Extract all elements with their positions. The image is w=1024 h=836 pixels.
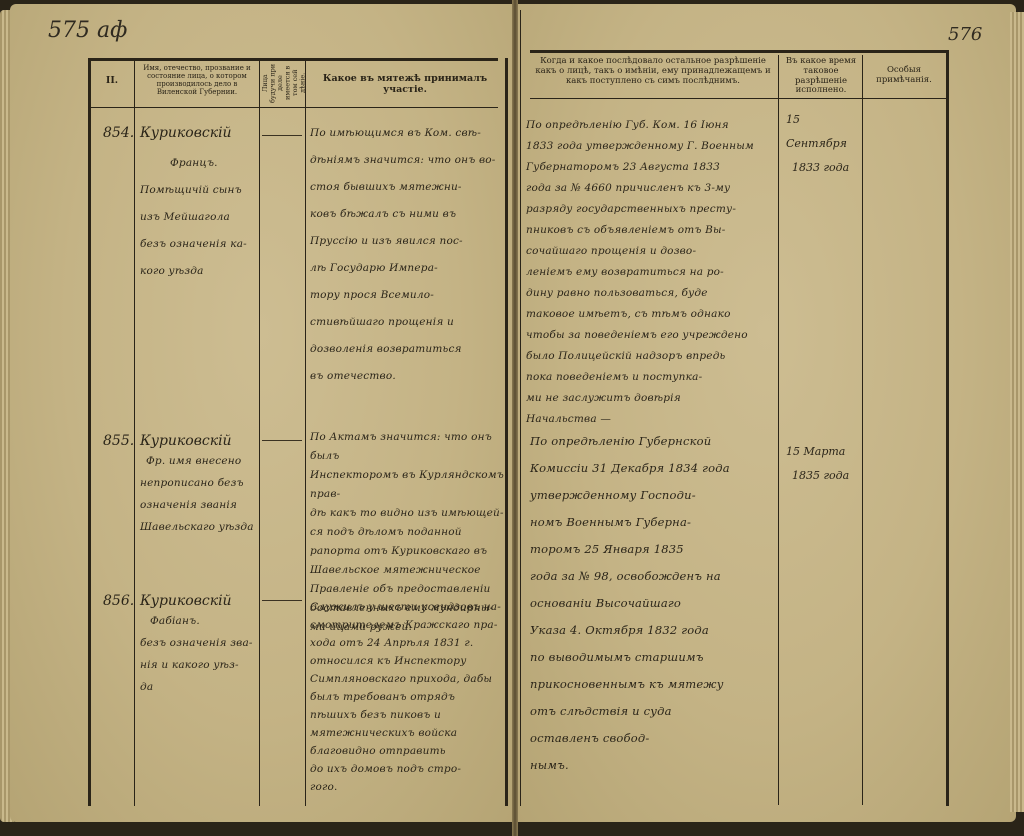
folio-number-left: 575 аф: [48, 18, 127, 43]
entry-executed-date: 15 Марта 1835 года: [786, 440, 862, 488]
header-participation: Какое въ мятежѣ принималъ участіе.: [310, 74, 500, 96]
entry-person-details: Францъ. Помѣщичій сынъ изъ Мейшагола без…: [140, 150, 258, 285]
entry-number: 856.: [103, 588, 134, 615]
row-separator: [262, 600, 302, 601]
header-bottom-rule-left: [90, 107, 498, 108]
row-separator: [262, 135, 302, 136]
col-rule-3: [305, 60, 306, 806]
row-separator: [262, 440, 302, 441]
entry-executed-date: 15 Сентября 1833 года: [786, 108, 862, 180]
ledger-spread: 575 аф 576 II. Имя, отечество, прозвание…: [0, 0, 1024, 836]
entry-participation: По имѣющимся въ Ком. свѣ- дѣніямъ значит…: [310, 120, 504, 390]
table-border-right: [946, 50, 949, 806]
entry-number: 855.: [103, 428, 134, 455]
col-rule-5: [778, 55, 779, 805]
book-gutter: [512, 0, 518, 836]
col-rule-4: [520, 10, 521, 806]
entry-person-details: Фр. имя внесено непрописано безъ означен…: [140, 450, 258, 538]
page-edges-right: [1010, 12, 1024, 812]
header-bottom-rule-right: [530, 98, 946, 99]
entry-resolution: По опредѣленію Губ. Ком. 16 Іюня 1833 го…: [526, 115, 776, 430]
top-rule-right: [530, 50, 946, 53]
table-border-left-inner: [505, 58, 508, 806]
header-executed: Въ какое время таковое разрѣшеніе исполн…: [781, 57, 861, 96]
header-person: Имя, отечество, прозвание и состояние ли…: [137, 64, 257, 96]
entry-number: 854.: [103, 120, 134, 147]
header-property: Лица будучи при деле имеется в том сей д…: [262, 62, 302, 104]
header-notes: Особыя примѣчанія.: [864, 66, 944, 86]
entry-resolution: По опредѣленію Губернской Комиссіи 31 Де…: [530, 428, 776, 779]
entry-person-details: Фабіанъ. безъ означенія зва- нія и каког…: [140, 610, 258, 698]
entry-surname: Куриковскій: [140, 120, 232, 147]
header-resolution: Когда и какое послѣдовало остальное разр…: [530, 57, 776, 86]
entry-participation: Служилъ у шести ксендзовъ на- смотрителе…: [310, 598, 504, 796]
top-rule-left: [90, 58, 498, 61]
table-border-left: [88, 58, 91, 806]
header-number: II.: [92, 76, 132, 87]
folio-number-right: 576: [948, 24, 982, 45]
